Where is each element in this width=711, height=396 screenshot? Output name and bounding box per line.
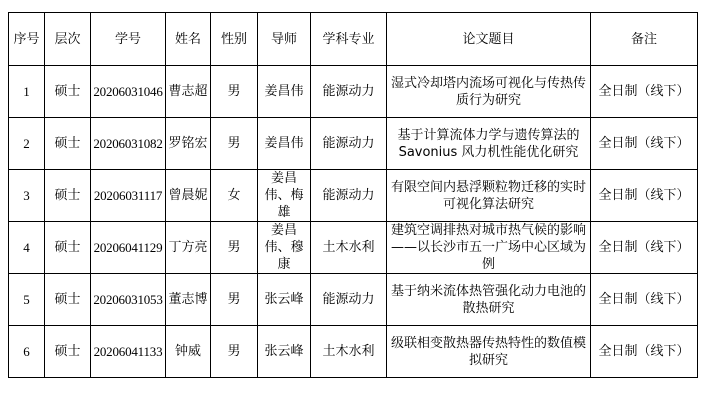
row-advisor: 姜昌伟	[258, 66, 311, 118]
row-student-id: 20206031053	[91, 274, 166, 326]
row-major: 能源动力	[311, 118, 387, 170]
table-row: 1 硕士 20206031046 曹志超 男 姜昌伟 能源动力 湿式冷却塔内流场…	[9, 66, 698, 118]
row-gender: 男	[211, 66, 258, 118]
row-advisor: 张云峰	[258, 326, 311, 378]
header-major: 学科专业	[311, 13, 387, 66]
row-name: 丁方亮	[166, 222, 211, 274]
row-student-id: 20206031082	[91, 118, 166, 170]
header-thesis-title: 论文题目	[387, 13, 591, 66]
table-row: 2 硕士 20206031082 罗铭宏 男 姜昌伟 能源动力 基于计算流体力学…	[9, 118, 698, 170]
row-student-id: 20206031046	[91, 66, 166, 118]
row-remark: 全日制（线下）	[591, 326, 698, 378]
header-level: 层次	[45, 13, 91, 66]
row-major: 能源动力	[311, 170, 387, 222]
row-major: 能源动力	[311, 66, 387, 118]
row-gender: 男	[211, 274, 258, 326]
row-gender: 男	[211, 326, 258, 378]
row-advisor: 姜昌伟、梅雄	[258, 170, 311, 222]
row-index: 4	[9, 222, 45, 274]
row-level: 硕士	[45, 274, 91, 326]
row-level: 硕士	[45, 66, 91, 118]
row-thesis-title: 基于纳米流体热管强化动力电池的散热研究	[387, 274, 591, 326]
header-remark: 备注	[591, 13, 698, 66]
row-name: 董志博	[166, 274, 211, 326]
student-thesis-table: 序号 层次 学号 姓名 性别 导师 学科专业 论文题目 备注 1 硕士 2020…	[8, 12, 698, 378]
table-row: 5 硕士 20206031053 董志博 男 张云峰 能源动力 基于纳米流体热管…	[9, 274, 698, 326]
row-index: 5	[9, 274, 45, 326]
row-index: 2	[9, 118, 45, 170]
row-student-id: 20206041129	[91, 222, 166, 274]
row-name: 钟威	[166, 326, 211, 378]
table-row: 6 硕士 20206041133 钟威 男 张云峰 土木水利 级联相变散热器传热…	[9, 326, 698, 378]
header-advisor: 导师	[258, 13, 311, 66]
row-major: 能源动力	[311, 274, 387, 326]
row-gender: 男	[211, 118, 258, 170]
row-thesis-title: 建筑空调排热对城市热气候的影响——以长沙市五一广场中心区域为例	[387, 222, 591, 274]
row-gender: 女	[211, 170, 258, 222]
row-gender: 男	[211, 222, 258, 274]
row-remark: 全日制（线下）	[591, 222, 698, 274]
header-student-id: 学号	[91, 13, 166, 66]
row-thesis-title: 基于计算流体力学与遗传算法的Savonius 风力机性能优化研究	[387, 118, 591, 170]
row-remark: 全日制（线下）	[591, 66, 698, 118]
row-index: 6	[9, 326, 45, 378]
row-level: 硕士	[45, 326, 91, 378]
row-name: 曾晨妮	[166, 170, 211, 222]
row-remark: 全日制（线下）	[591, 274, 698, 326]
row-student-id: 20206031117	[91, 170, 166, 222]
row-name: 罗铭宏	[166, 118, 211, 170]
row-remark: 全日制（线下）	[591, 170, 698, 222]
row-thesis-title: 有限空间内悬浮颗粒物迁移的实时可视化算法研究	[387, 170, 591, 222]
row-remark: 全日制（线下）	[591, 118, 698, 170]
row-major: 土木水利	[311, 222, 387, 274]
row-thesis-title: 湿式冷却塔内流场可视化与传热传质行为研究	[387, 66, 591, 118]
table-row: 3 硕士 20206031117 曾晨妮 女 姜昌伟、梅雄 能源动力 有限空间内…	[9, 170, 698, 222]
row-level: 硕士	[45, 170, 91, 222]
row-level: 硕士	[45, 118, 91, 170]
row-index: 1	[9, 66, 45, 118]
row-index: 3	[9, 170, 45, 222]
row-advisor: 姜昌伟	[258, 118, 311, 170]
header-index: 序号	[9, 13, 45, 66]
row-name: 曹志超	[166, 66, 211, 118]
header-name: 姓名	[166, 13, 211, 66]
row-thesis-title: 级联相变散热器传热特性的数值模拟研究	[387, 326, 591, 378]
row-advisor: 姜昌伟、穆康	[258, 222, 311, 274]
table-header-row: 序号 层次 学号 姓名 性别 导师 学科专业 论文题目 备注	[9, 13, 698, 66]
row-level: 硕士	[45, 222, 91, 274]
table-row: 4 硕士 20206041129 丁方亮 男 姜昌伟、穆康 土木水利 建筑空调排…	[9, 222, 698, 274]
row-major: 土木水利	[311, 326, 387, 378]
row-advisor: 张云峰	[258, 274, 311, 326]
row-student-id: 20206041133	[91, 326, 166, 378]
header-gender: 性别	[211, 13, 258, 66]
